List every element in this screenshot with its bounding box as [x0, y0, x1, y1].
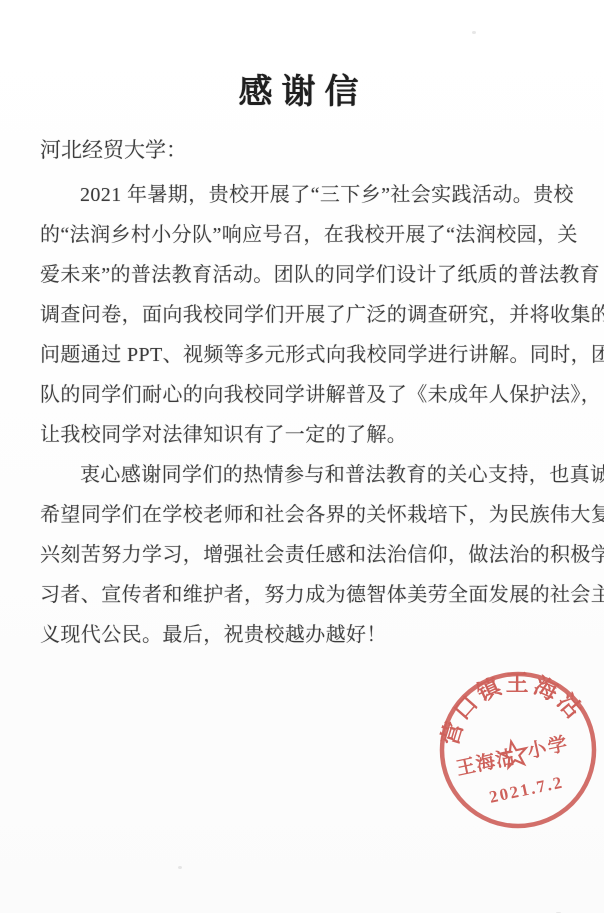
seal-graphic: 营口镇王海沽 王海沽 小学 2021.7.2 [432, 664, 604, 836]
body-paragraph: 衷心感谢同学们的热情参与和普法教育的关心支持，也真诚希望同学们在学校老师和社会各… [40, 455, 566, 655]
body-line: 2021 年暑期，贵校开展了“三下乡”社会实践活动。贵校 [40, 175, 566, 215]
seal-date: 2021.7.2 [488, 772, 566, 806]
official-seal: 营口镇王海沽 王海沽 小学 2021.7.2 [432, 664, 604, 836]
body-line: 调查问卷，面向我校同学们开展了广泛的调查研究，并将收集的 [40, 295, 566, 335]
letter-title: 感谢信 [40, 64, 566, 113]
body-paragraph: 2021 年暑期，贵校开展了“三下乡”社会实践活动。贵校的“法润乡村小分队”响应… [40, 175, 566, 455]
scan-speck [472, 31, 476, 34]
body-line: 兴刻苦努力学习，增强社会责任感和法治信仰，做法治的积极学 [40, 535, 566, 575]
body-line: 义现代公民。最后，祝贵校越办越好！ [40, 615, 566, 655]
body-line: 问题通过 PPT、视频等多元形式向我校同学进行讲解。同时，团 [40, 335, 566, 375]
seal-name-right: 小学 [525, 732, 571, 763]
letter-page: 感谢信 河北经贸大学： 2021 年暑期，贵校开展了“三下乡”社会实践活动。贵校… [0, 0, 604, 913]
body-line: 习者、宣传者和维护者，努力成为德智体美劳全面发展的社会主 [40, 575, 566, 615]
body-line: 爱未来”的普法教育活动。团队的同学们设计了纸质的普法教育 [40, 255, 566, 295]
scan-speck [178, 866, 182, 869]
salutation: 河北经贸大学： [40, 135, 566, 165]
body-line: 队的同学们耐心的向我校同学讲解普及了《未成年人保护法》， [40, 375, 566, 415]
body-line: 的“法润乡村小分队”响应号召，在我校开展了“法润校园，关 [40, 215, 566, 255]
body-line: 希望同学们在学校老师和社会各界的关怀栽培下，为民族伟大复 [40, 495, 566, 535]
letter-body: 2021 年暑期，贵校开展了“三下乡”社会实践活动。贵校的“法润乡村小分队”响应… [40, 175, 566, 655]
body-line: 让我校同学对法律知识有了一定的了解。 [40, 415, 566, 455]
body-line: 衷心感谢同学们的热情参与和普法教育的关心支持，也真诚 [40, 455, 566, 495]
